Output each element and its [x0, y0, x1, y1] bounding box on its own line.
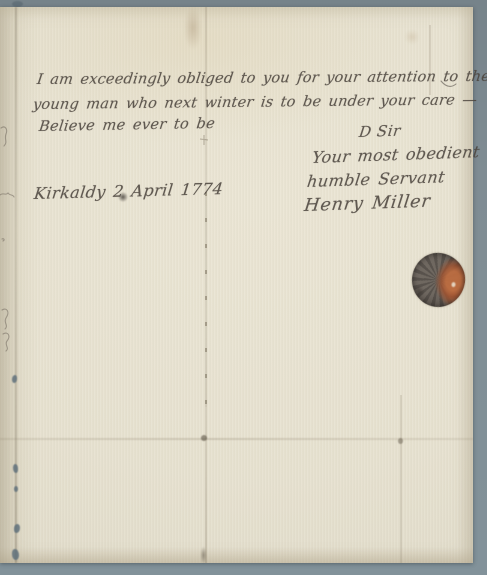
seal-dark-rim — [411, 284, 427, 300]
letter-valediction-line-1: Your most obedient — [311, 142, 481, 167]
letter-valediction-line-2: humble Servant — [306, 167, 446, 191]
seal-highlight-fleck — [451, 282, 456, 288]
scan-bed: I am exceedingly obliged to you for your… — [0, 0, 487, 575]
bottom-crease-mark — [199, 542, 208, 564]
smudge-mark-right — [402, 27, 422, 47]
letter-page: I am exceedingly obliged to you for your… — [0, 7, 473, 563]
letter-signature: Henry Miller — [303, 192, 432, 216]
center-crease-stitch-marks — [205, 192, 207, 407]
letter-body-line-2: young man who next winter is to be under… — [32, 92, 478, 113]
letter-body-line-3: Believe me ever to be — [38, 116, 216, 135]
smudge-mark-top — [181, 7, 205, 59]
letter-salutation: D Sir — [358, 122, 402, 141]
crease-intersection-dot — [201, 435, 207, 441]
crease-cross-mark — [199, 134, 209, 146]
letter-body-line-1: I am exceedingly obliged to you for your… — [36, 69, 487, 88]
wax-seal — [409, 250, 469, 311]
letter-dateline: Kirkaldy 2 April 1774 — [33, 179, 224, 203]
ink-bleedthrough-marks — [0, 7, 24, 563]
right-fold-crease — [400, 395, 402, 563]
